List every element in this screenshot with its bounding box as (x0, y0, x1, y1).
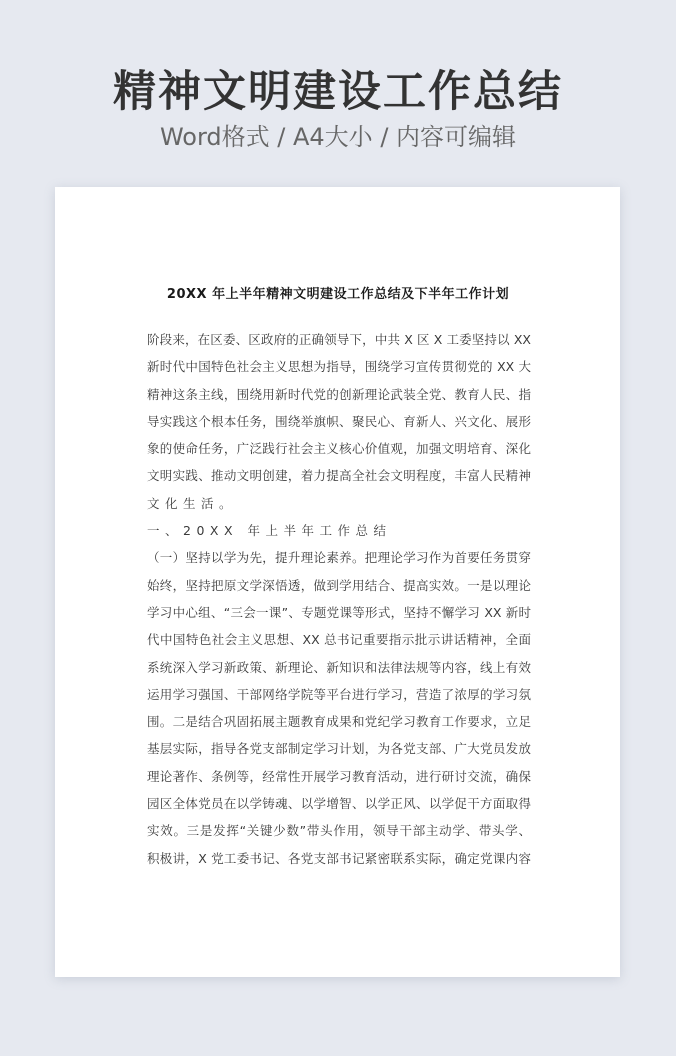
body-line: 积极讲，X 党工委书记、各党支部书记紧密联系实际，确定党课内容 (147, 847, 531, 874)
body-line: 导实践这个根本任务，围绕举旗帜、聚民心、育新人、兴文化、展形 (147, 410, 531, 437)
body-line: （一）坚持以学为先，提升理论素养。把理论学习作为首要任务贯穿 (147, 546, 531, 573)
body-line: 理论著作、条例等，经常性开展学习教育活动，进行研讨交流，确保 (147, 765, 531, 792)
body-line: 围。二是结合巩固拓展主题教育成果和党纪学习教育工作要求，立足 (147, 710, 531, 737)
body-line: 阶段来，在区委、区政府的正确领导下，中共 X 区 X 工委坚持以 XX (147, 328, 531, 355)
body-line: 系统深入学习新政策、新理论、新知识和法律法规等内容，线上有效 (147, 656, 531, 683)
banner-subtitle: Word格式 / A4大小 / 内容可编辑 (0, 119, 676, 155)
body-line: 新时代中国特色社会主义思想为指导，围绕学习宣传贯彻党的 XX 大 (147, 355, 531, 382)
body-line: 学习中心组、“三会一课”、专题党课等形式，坚持不懈学习 XX 新时 (147, 601, 531, 628)
body-line: 基层实际，指导各党支部制定学习计划，为各党支部、广大党员发放 (147, 737, 531, 764)
banner-title: 精神文明建设工作总结 (0, 64, 676, 120)
section-heading: 一、20XX 年上半年工作总结 (147, 519, 531, 546)
body-line: 象的使命任务，广泛践行社会主义核心价值观，加强文明培育、深化 (147, 437, 531, 464)
body-line: 文化生活。 (147, 492, 531, 519)
body-line: 精神这条主线，围绕用新时代党的创新理论武装全党、教育人民、指 (147, 383, 531, 410)
body-line: 运用学习强国、干部网络学院等平台进行学习，营造了浓厚的学习氛 (147, 683, 531, 710)
body-line: 始终，坚持把原文学深悟透，做到学用结合、提高实效。一是以理论 (147, 574, 531, 601)
body-line: 实效。三是发挥“关键少数”带头作用，领导干部主动学、带头学、 (147, 819, 531, 846)
body-line: 文明实践、推动文明创建，着力提高全社会文明程度，丰富人民精神 (147, 464, 531, 491)
document-body: 阶段来，在区委、区政府的正确领导下，中共 X 区 X 工委坚持以 XX 新时代中… (147, 328, 531, 874)
body-line: 代中国特色社会主义思想、XX 总书记重要指示批示讲话精神，全面 (147, 628, 531, 655)
body-line: 园区全体党员在以学铸魂、以学增智、以学正风、以学促干方面取得 (147, 792, 531, 819)
document-title: 20XX 年上半年精神文明建设工作总结及下半年工作计划 (0, 285, 676, 305)
